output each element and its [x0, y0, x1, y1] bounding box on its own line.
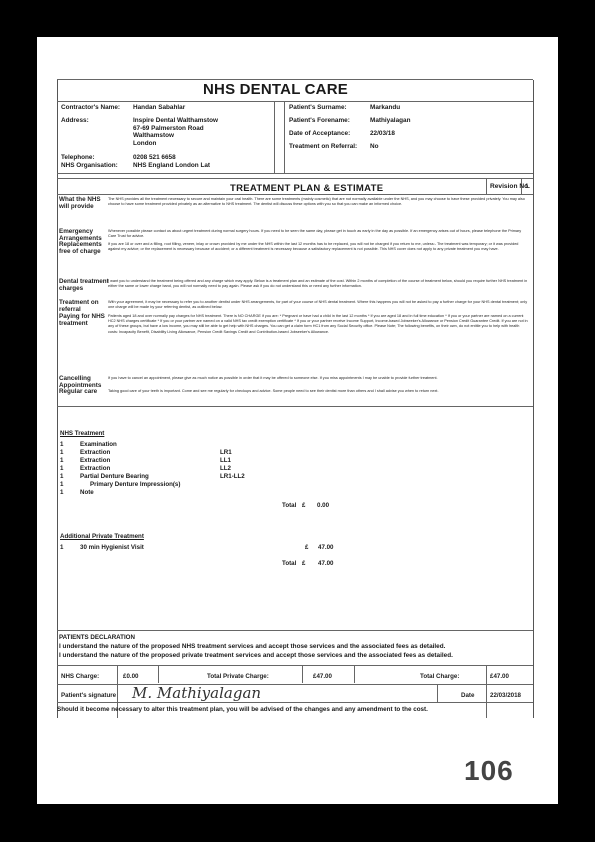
divider — [274, 101, 275, 173]
forename: Mathiyalagan — [370, 117, 411, 125]
private-total: 47.00 — [318, 561, 333, 567]
divider — [57, 101, 533, 102]
section-text-charges: I want you to understand the treatment b… — [108, 279, 528, 289]
nhs-total-currency: £ — [302, 503, 305, 509]
item-name: Extraction — [80, 458, 110, 464]
private-charge: £47.00 — [313, 673, 332, 680]
item-tooth: LL1 — [220, 458, 231, 464]
item-qty: 1 — [60, 482, 63, 488]
signature-label: Patient's signature — [61, 692, 116, 699]
item-name: Note — [80, 490, 94, 496]
item-name: Examination — [80, 442, 117, 448]
section-text-paying: Patients aged 18 and over normally pay c… — [108, 314, 528, 335]
divider — [57, 79, 533, 80]
item-tooth: LR1 — [220, 450, 232, 456]
divider — [57, 665, 533, 666]
section-label-regular-care: Regular care — [59, 389, 105, 396]
surname-label: Patient's Surname: — [289, 104, 347, 112]
section-label-paying: Paying for NHS treatment — [59, 314, 105, 327]
nhs-charge-label: NHS Charge: — [61, 673, 99, 680]
private-item-name: 30 min Hygienist Visit — [80, 545, 144, 551]
surname: Markandu — [370, 104, 400, 112]
nhs-org: NHS England London Lat — [133, 162, 210, 170]
item-qty: 1 — [60, 450, 63, 456]
contractor-name-label: Contractor's Name: — [61, 104, 120, 112]
section-text-regular-care: Taking good care of your teeth is import… — [108, 389, 528, 394]
address-line: Inspire Dental Walthamstow — [133, 117, 218, 125]
forename-label: Patient's Forename: — [289, 117, 350, 125]
section-label-nhs-provides: What the NHS will provide — [59, 197, 101, 210]
treatment-form — [57, 80, 534, 718]
private-item-currency: £ — [305, 545, 308, 551]
telephone: 0208 521 6658 — [133, 154, 176, 162]
declaration-nhs: I understand the nature of the proposed … — [59, 642, 533, 651]
item-qty: 1 — [60, 458, 63, 464]
nhs-treatment-row: 1Note — [60, 490, 360, 498]
private-item-price: 47.00 — [318, 545, 333, 551]
acceptance-label: Date of Acceptance: — [289, 130, 350, 138]
divider — [158, 665, 159, 683]
divider — [486, 178, 487, 194]
item-name: Extraction — [80, 450, 110, 456]
address-line: 67-69 Palmerston Road — [133, 125, 218, 133]
item-tooth: LR1-LL2 — [220, 474, 245, 480]
acceptance-date: 22/03/18 — [370, 130, 395, 138]
nhs-treatment-list: 1Examination1ExtractionLR11ExtractionLL1… — [60, 442, 360, 498]
nhs-charge: £0.00 — [123, 673, 138, 680]
declaration-private: I understand the nature of the proposed … — [59, 651, 533, 660]
item-qty: 1 — [60, 474, 63, 480]
divider — [486, 665, 487, 718]
section-text-replacements: If you are 18 or over and a filling, roo… — [108, 242, 528, 252]
referral-label: Treatment on Referral: — [289, 143, 357, 151]
telephone-label: Telephone: — [61, 154, 95, 162]
signature-date: 22/03/2018 — [490, 692, 521, 699]
plan-title: TREATMENT PLAN & ESTIMATE — [230, 183, 383, 194]
address: Inspire Dental Walthamstow 67-69 Palmers… — [133, 117, 218, 147]
referral: No — [370, 143, 379, 151]
divider — [437, 684, 438, 702]
nhs-total: 0.00 — [317, 503, 329, 509]
private-total-label: Total — [282, 561, 296, 567]
section-text-referral: With your agreement, it may be necessary… — [108, 300, 528, 310]
divider — [284, 101, 285, 173]
page-number: 106 — [464, 755, 514, 787]
address-label: Address: — [61, 117, 89, 125]
divider — [57, 684, 533, 685]
divider — [57, 702, 533, 703]
footer-note: Should it become necessary to alter this… — [57, 706, 428, 713]
divider — [354, 665, 355, 683]
item-name: Primary Denture Impression(s) — [90, 482, 180, 488]
section-text-cancelling: If you have to cancel an appointment, pl… — [108, 376, 528, 381]
declaration-heading: PATIENTS DECLARATION — [59, 634, 135, 641]
section-text-emergency: Whenever possible please contact us abou… — [108, 229, 528, 239]
address-line: Walthamstow — [133, 132, 218, 140]
private-treatment-heading: Additional Private Treatment — [60, 534, 144, 540]
item-tooth: LL2 — [220, 466, 231, 472]
revision-number: 1 — [525, 183, 529, 190]
contractor-name: Handan Sabahlar — [133, 104, 185, 112]
section-label-charges: Dental treatment charges — [59, 279, 109, 292]
item-name: Partial Denture Bearing — [80, 474, 149, 480]
section-label-replacements: Replacements free of charge — [59, 242, 103, 255]
form-title: NHS DENTAL CARE — [203, 81, 348, 98]
patient-signature: M. Mathiyalagan — [132, 684, 261, 702]
divider — [57, 173, 533, 174]
total-charge-label: Total Charge: — [420, 673, 459, 680]
total-charge: £47.00 — [490, 673, 509, 680]
nhs-treatment-heading: NHS Treatment — [60, 431, 104, 437]
section-label-referral: Treatment on referral — [59, 300, 105, 313]
divider — [57, 406, 533, 407]
scanned-page: NHS DENTAL CARE Contractor's Name: Handa… — [37, 37, 558, 804]
address-line: London — [133, 140, 218, 148]
divider — [302, 665, 303, 683]
signature-date-label: Date — [461, 692, 474, 699]
nhs-total-label: Total — [282, 503, 296, 509]
item-qty: 1 — [60, 442, 63, 448]
item-qty: 1 — [60, 466, 63, 472]
section-text-nhs-provides: The NHS provides all the treatment neces… — [108, 197, 528, 207]
divider — [57, 194, 533, 195]
private-total-currency: £ — [302, 561, 305, 567]
nhs-treatment-row: 1Primary Denture Impression(s) — [60, 482, 360, 490]
divider — [57, 630, 533, 631]
item-qty: 1 — [60, 490, 63, 496]
revision-label: Revision No. — [490, 183, 530, 190]
private-item-qty: 1 — [60, 545, 63, 551]
item-name: Extraction — [80, 466, 110, 472]
private-charge-label: Total Private Charge: — [207, 673, 269, 680]
divider — [57, 178, 533, 179]
nhs-org-label: NHS Organisation: — [61, 162, 118, 170]
